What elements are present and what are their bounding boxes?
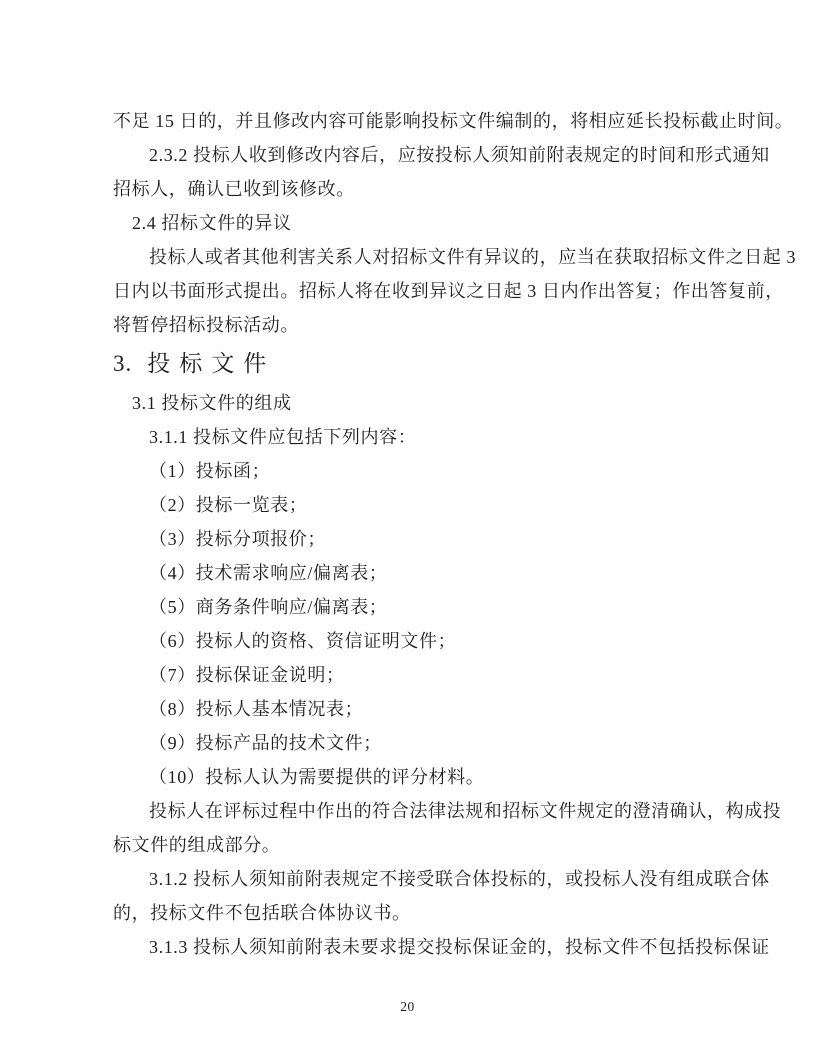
paragraph-line: 标文件的组成部分。 xyxy=(113,828,717,862)
paragraph-line: 投标人或者其他利害关系人对招标文件有异议的，应当在获取招标文件之日起 3 xyxy=(113,240,717,274)
page-number: 20 xyxy=(0,999,815,1015)
list-item-4: （4）技术需求响应/偏离表； xyxy=(113,556,717,590)
list-item-3: （3）投标分项报价； xyxy=(113,522,717,556)
document-page: 不足 15 日的，并且修改内容可能影响投标文件编制的，将相应延长投标截止时间。 … xyxy=(0,0,815,1055)
paragraph-line: 的，投标文件不包括联合体协议书。 xyxy=(113,896,717,930)
section-number: 3. xyxy=(113,351,132,376)
clause-3-1-1-line: 3.1.1 投标文件应包括下列内容： xyxy=(113,420,717,454)
list-item-7: （7）投标保证金说明； xyxy=(113,658,717,692)
paragraph-line: 日内以书面形式提出。招标人将在收到异议之日起 3 日内作出答复；作出答复前， xyxy=(113,274,717,308)
list-item-6: （6）投标人的资格、资信证明文件； xyxy=(113,624,717,658)
section-title: 投标文件 xyxy=(147,351,275,376)
list-item-9: （9）投标产品的技术文件； xyxy=(113,726,717,760)
paragraph-line: 将暂停招标投标活动。 xyxy=(113,308,717,342)
document-body: 不足 15 日的，并且修改内容可能影响投标文件编制的，将相应延长投标截止时间。 … xyxy=(113,104,717,964)
list-item-10: （10）投标人认为需要提供的评分材料。 xyxy=(113,760,717,794)
clause-3-1-2-line: 3.1.2 投标人须知前附表规定不接受联合体投标的，或投标人没有组成联合体 xyxy=(113,862,717,896)
list-item-5: （5）商务条件响应/偏离表； xyxy=(113,590,717,624)
list-item-2: （2）投标一览表； xyxy=(113,488,717,522)
section-3-heading: 3.投标文件 xyxy=(113,342,717,386)
paragraph-line: 投标人在评标过程中作出的符合法律法规和招标文件规定的澄清确认，构成投 xyxy=(113,794,717,828)
paragraph-line: 招标人，确认已收到该修改。 xyxy=(113,172,717,206)
clause-3-1-3-line: 3.1.3 投标人须知前附表未要求提交投标保证金的，投标文件不包括投标保证 xyxy=(113,930,717,964)
clause-2-3-2-line: 2.3.2 投标人收到修改内容后，应按投标人须知前附表规定的时间和形式通知 xyxy=(113,138,717,172)
list-item-1: （1）投标函； xyxy=(113,454,717,488)
paragraph-line: 不足 15 日的，并且修改内容可能影响投标文件编制的，将相应延长投标截止时间。 xyxy=(113,104,717,138)
clause-2-4-heading: 2.4 招标文件的异议 xyxy=(113,206,717,240)
clause-3-1-heading: 3.1 投标文件的组成 xyxy=(113,386,717,420)
list-item-8: （8）投标人基本情况表； xyxy=(113,692,717,726)
